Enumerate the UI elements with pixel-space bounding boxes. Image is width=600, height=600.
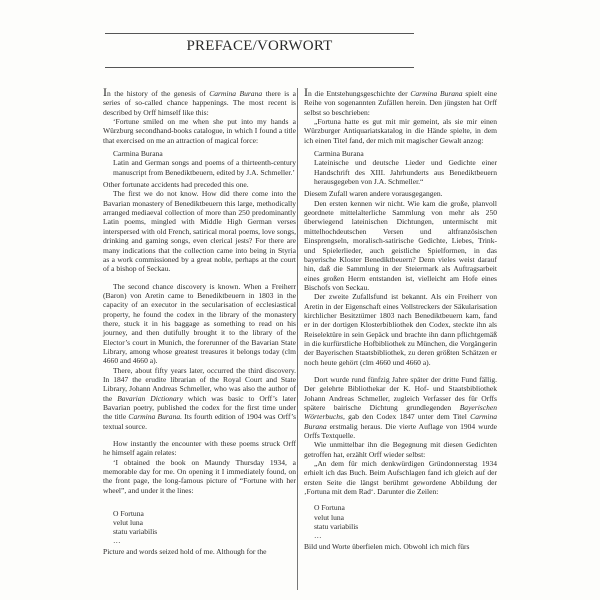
header-rule-top xyxy=(105,33,414,34)
en-paragraph-4: The first we do not know. How did there … xyxy=(103,189,296,273)
de-paragraph-6: Dort wurde rund fünfzig Jahre später der… xyxy=(304,375,497,440)
de-paragraph-8: „An dem für mich denkwürdigen Gründonner… xyxy=(304,459,497,496)
header-rule-bottom xyxy=(105,67,414,68)
en-paragraph-7: How instantly the encounter with these p… xyxy=(103,439,296,458)
column-divider xyxy=(297,88,298,590)
en-paragraph-1: In the history of the genesis of Carmina… xyxy=(103,88,296,117)
de-quote-title: Carmina Burana xyxy=(314,149,497,158)
de-paragraph-3: Diesem Zufall waren andere vorausgegange… xyxy=(304,189,497,198)
en-paragraph-8: ‘I obtained the book on Maundy Thursday … xyxy=(103,458,296,495)
de-poem: O Fortuna velut luna statu variabilis … xyxy=(314,503,497,539)
poem-line: statu variabilis xyxy=(113,527,296,536)
poem-line: … xyxy=(113,536,296,545)
de-paragraph-2: „Fortuna hatte es gut mit mir gemeint, a… xyxy=(304,117,497,145)
de-paragraph-5: Der zweite Zufallsfund ist bekannt. Als … xyxy=(304,292,497,367)
poem-line: O Fortuna xyxy=(314,503,497,512)
de-quote-text: Lateinische und deutsche Lieder und Gedi… xyxy=(314,158,497,186)
de-paragraph-1: In die Entstehungsgeschichte der Carmina… xyxy=(304,88,497,117)
poem-line: velut luna xyxy=(113,518,296,527)
poem-line: velut luna xyxy=(314,513,497,522)
en-quote-title: Carmina Burana xyxy=(113,149,296,158)
poem-line: O Fortuna xyxy=(113,509,296,518)
poem-line: … xyxy=(314,531,497,540)
english-column: In the history of the genesis of Carmina… xyxy=(103,88,296,557)
en-paragraph-9: Picture and words seized hold of me. Alt… xyxy=(103,547,296,556)
en-paragraph-6: There, about fifty years later, occurred… xyxy=(103,366,296,431)
poem-line: statu variabilis xyxy=(314,522,497,531)
de-paragraph-4: Den ersten kennen wir nicht. Wie kam die… xyxy=(304,199,497,292)
de-paragraph-9: Bild und Worte überfielen mich. Obwohl i… xyxy=(304,542,497,551)
de-paragraph-7: Wie unmittelbar ihn die Begegnung mit di… xyxy=(304,440,497,459)
en-poem: O Fortuna velut luna statu variabilis … xyxy=(113,509,296,545)
en-paragraph-5: The second chance discovery is known. Wh… xyxy=(103,282,296,366)
document-page: PREFACE/VORWORT In the history of the ge… xyxy=(0,0,600,600)
en-paragraph-3: Other fortunate accidents had preceded t… xyxy=(103,180,296,189)
german-column: In die Entstehungsgeschichte der Carmina… xyxy=(304,88,497,551)
en-quote-text: Latin and German songs and poems of a th… xyxy=(113,158,296,177)
en-paragraph-2: ‘Fortune smiled on me when she put into … xyxy=(103,117,296,145)
page-title: PREFACE/VORWORT xyxy=(105,38,414,55)
en-book-title-quote: Carmina Burana Latin and German songs an… xyxy=(113,149,296,177)
de-book-title-quote: Carmina Burana Lateinische und deutsche … xyxy=(314,149,497,186)
